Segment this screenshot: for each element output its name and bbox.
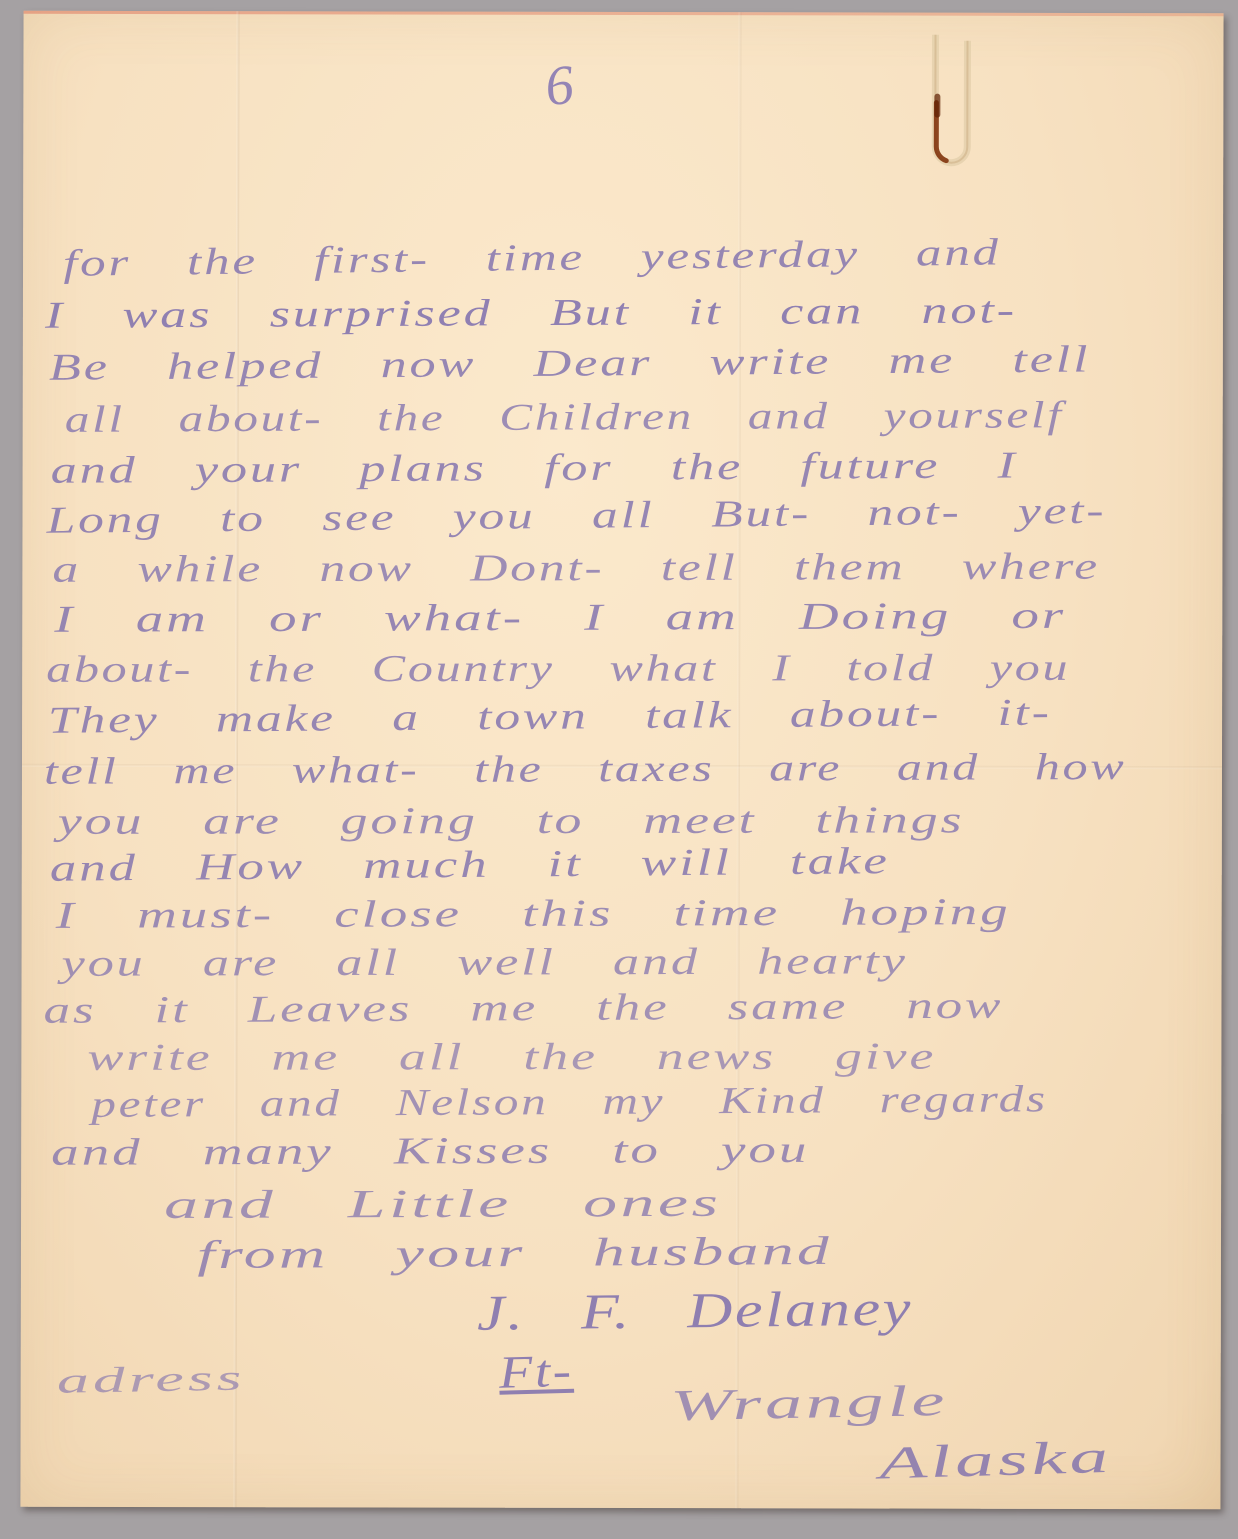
letter-line: write me all the news give — [87, 1038, 936, 1077]
address-fort: Ft- — [498, 1348, 574, 1396]
letter-line: tell me what- the taxes are and how — [44, 748, 1127, 791]
letter-line: as it Leaves me the same now — [43, 987, 1003, 1030]
letter-line: and How much it will take — [49, 842, 890, 888]
letter-line: all about- the Children and yourself — [65, 396, 1064, 439]
letter-line: you are going to meet things — [58, 801, 965, 840]
letter-paper: 6 for the first- time yesterday and I wa… — [20, 11, 1223, 1510]
address-label: adress — [56, 1360, 246, 1399]
signature-name: J. F. Delaney — [476, 1283, 913, 1338]
letter-line: I am or what- I am Doing or — [54, 597, 1066, 639]
letter-line: peter and Nelson my Kind regards — [91, 1080, 1048, 1124]
page-number: 6 — [542, 53, 576, 120]
letter-line: They make a town talk about- it- — [48, 694, 1052, 740]
letter-line: I must- close this time hoping — [55, 893, 1010, 935]
letter-line: and many Kisses to you — [51, 1131, 810, 1172]
letter-line: I was surprised But it can not- — [45, 291, 1017, 334]
closing-line: and Little ones — [164, 1183, 722, 1225]
letter-line: and your plans for the future I — [50, 446, 1018, 489]
closing-line: from your husband — [197, 1231, 833, 1275]
address-region: Alaska — [877, 1434, 1114, 1487]
letter-line: about- the Country what I told you — [46, 649, 1070, 689]
letter-line: Long to see you all But- not- yet- — [46, 492, 1106, 540]
letter-line: a while now Dont- tell them where — [52, 548, 1100, 589]
paperclip-rust-stain — [921, 35, 991, 185]
letter-line: you are all well and hearty — [61, 942, 907, 983]
address-town: Wrangle — [669, 1379, 949, 1428]
photo-background: 6 for the first- time yesterday and I wa… — [0, 0, 1238, 1539]
paper-top-edge — [24, 11, 1224, 17]
letter-line: for the first- time yesterday and — [63, 233, 1002, 282]
letter-line: Be helped now Dear write me tell — [48, 340, 1090, 386]
